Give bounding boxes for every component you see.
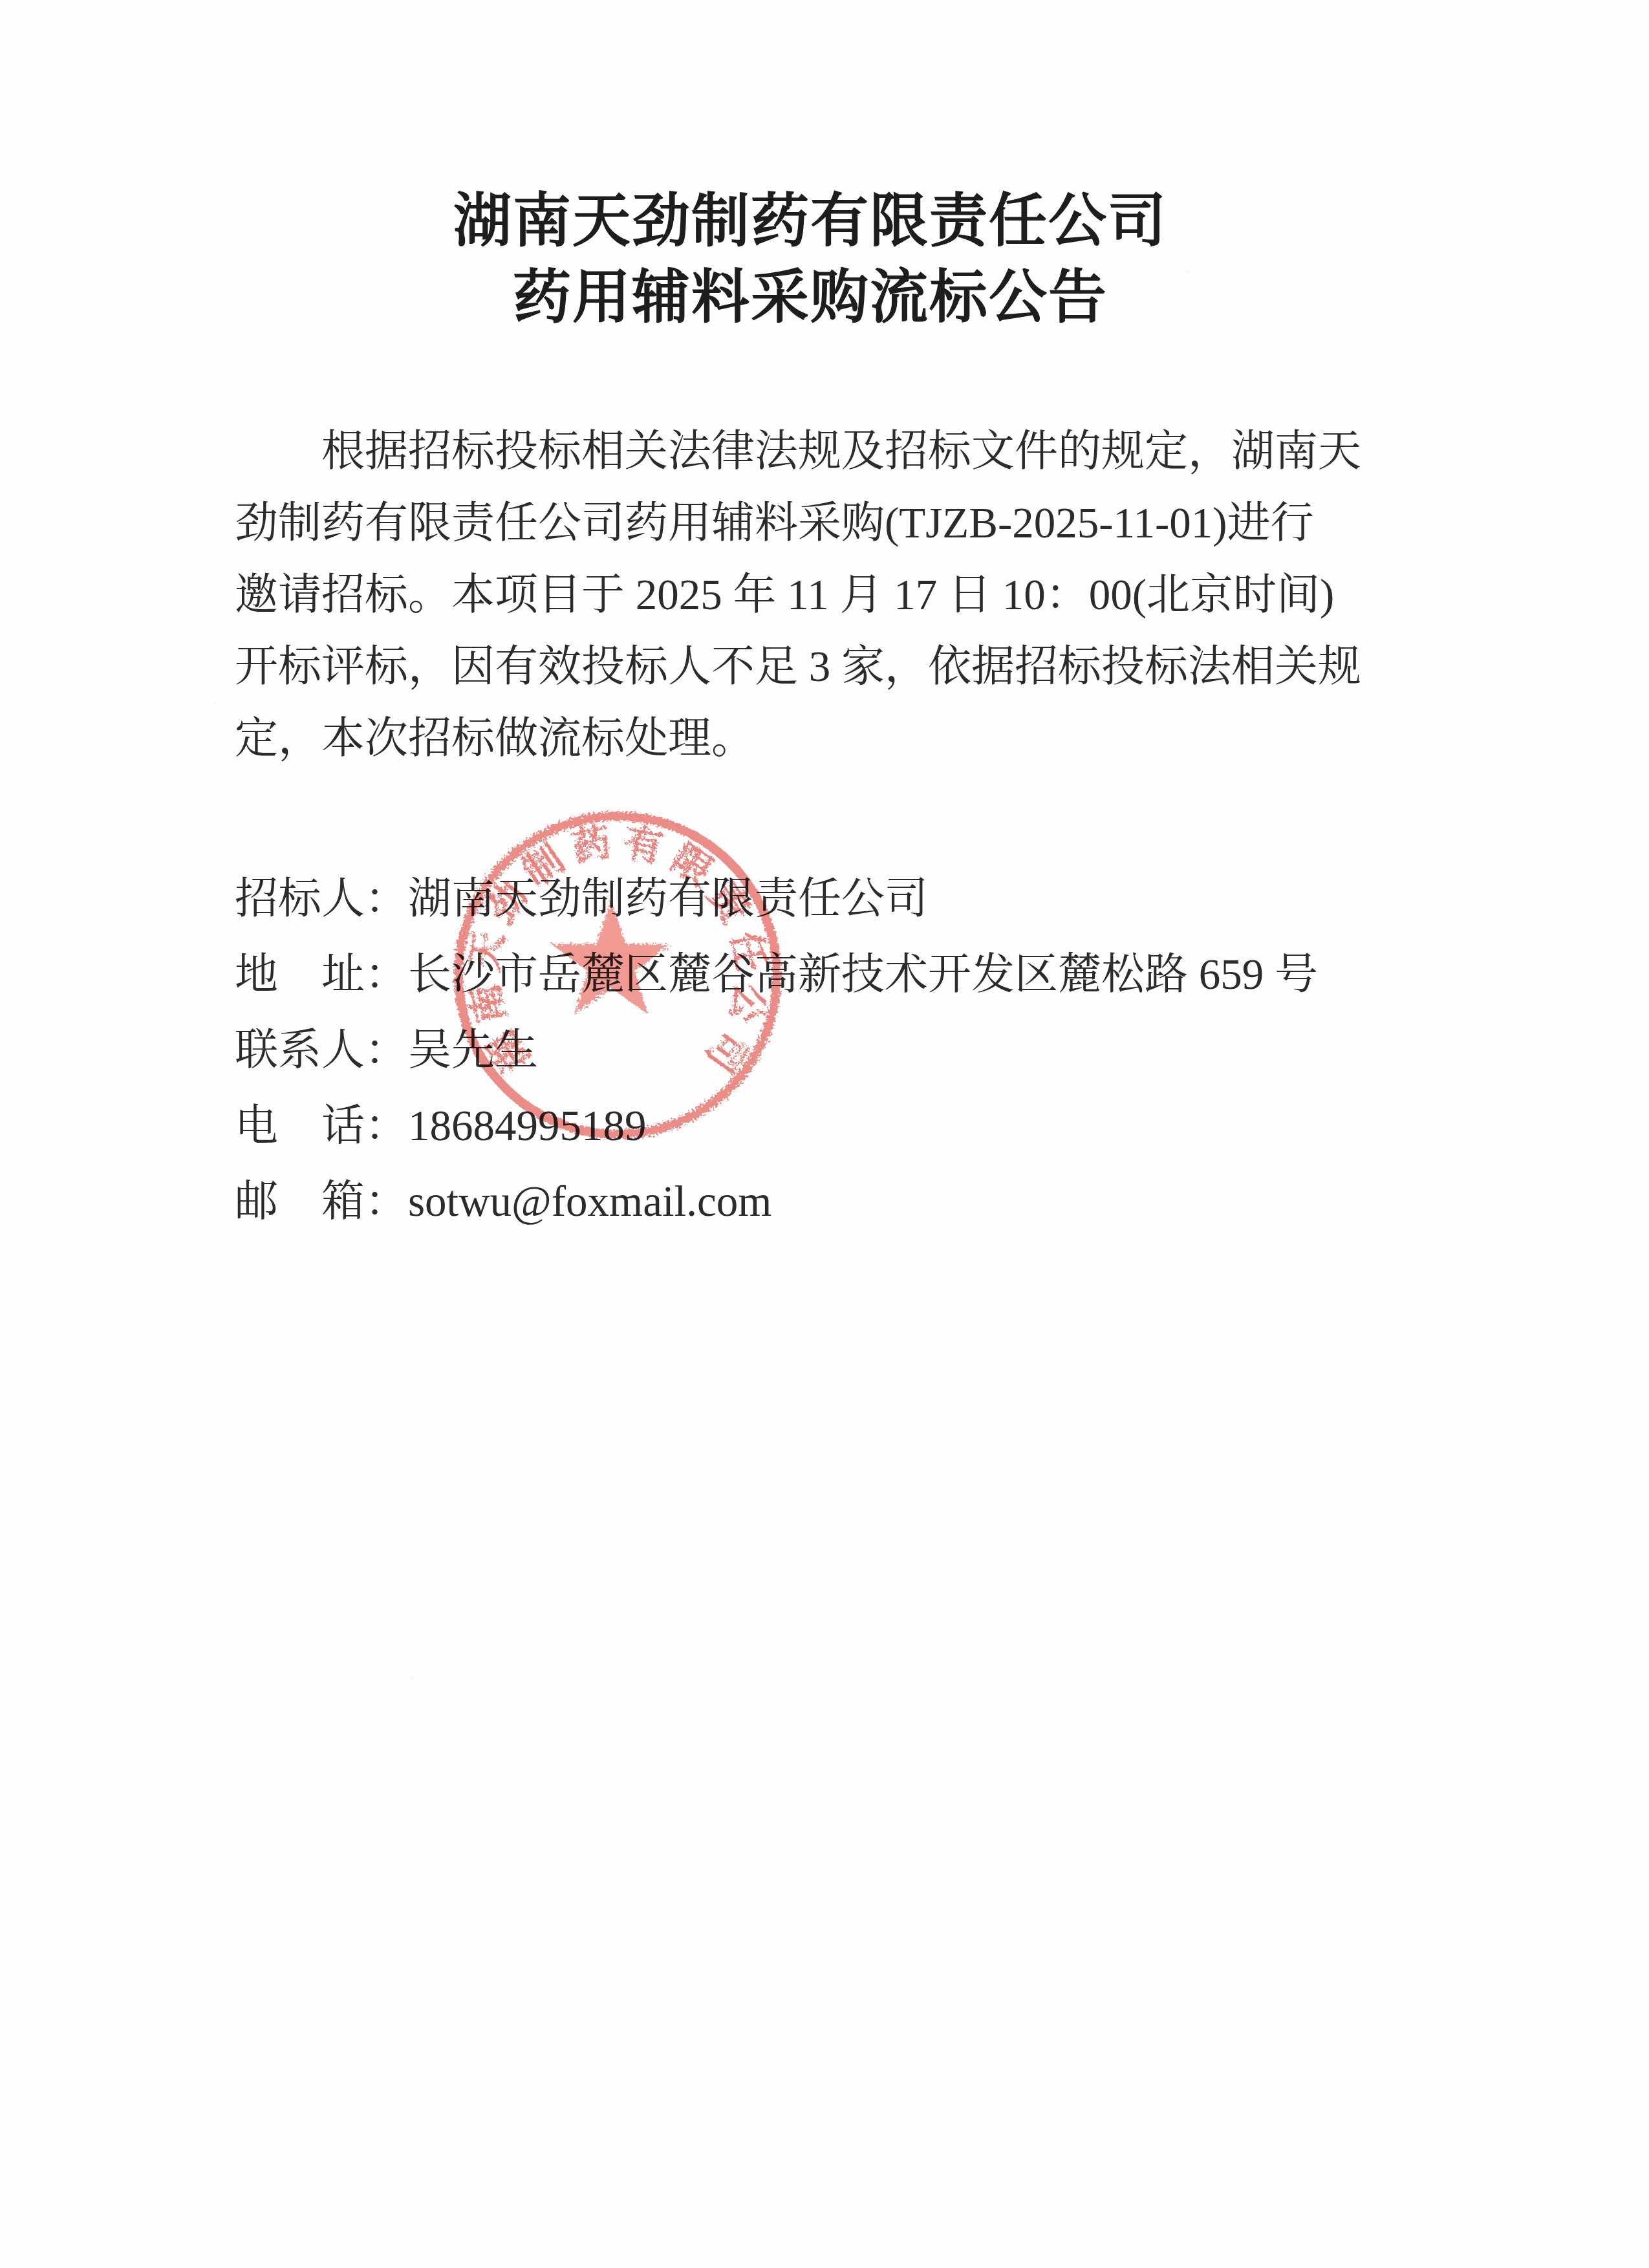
seal-star-icon <box>552 901 671 1015</box>
paragraph-line: 定，本次招标做流标处理。 <box>235 703 1386 775</box>
document-title: 湖南天劲制药有限责任公司 药用辅料采购流标公告 <box>235 184 1386 336</box>
seal-char: 天 <box>462 928 512 974</box>
seal-char: 任 <box>724 928 773 974</box>
title-line-notice: 药用辅料采购流标公告 <box>235 260 1386 336</box>
contact-label: 联系人： <box>235 1026 408 1074</box>
seal-char: 有 <box>620 821 667 870</box>
scanned-announcement-page: 湖南天劲制药有限责任公司 药用辅料采购流标公告 根据招标投标相关法律法规及招标文… <box>0 0 1649 2268</box>
title-line-company: 湖南天劲制药有限责任公司 <box>235 184 1386 260</box>
contact-label: 地 址： <box>235 951 408 999</box>
announcement-paragraph: 根据招标投标相关法律法规及招标文件的规定，湖南天 劲制药有限责任公司药用辅料采购… <box>235 416 1386 775</box>
contact-value: sotwu@foxmail.com <box>408 1178 771 1226</box>
paragraph-line: 开标评标，因有效投标人不足 3 家，依据招标投标法相关规 <box>235 631 1386 703</box>
paragraph-line: 根据招标投标相关法律法规及招标文件的规定，湖南天 <box>235 416 1386 488</box>
seal-char: 南 <box>463 980 513 1027</box>
seal-char: 药 <box>568 821 615 870</box>
seal-char: 公 <box>722 980 772 1027</box>
paragraph-line: 劲制药有限责任公司药用辅料采购(TJZB-2025-11-01)进行 <box>235 488 1386 559</box>
contact-label: 电 话： <box>235 1102 408 1150</box>
company-seal: 湖 南 天 劲 制 药 有 限 责 任 公 司 <box>414 773 821 1180</box>
contact-label: 邮 箱： <box>235 1178 408 1226</box>
paragraph-line: 邀请招标。本项目于 2025 年 11 月 17 日 10：00(北京时间) <box>235 559 1386 631</box>
contact-label: 招标人： <box>235 875 408 923</box>
